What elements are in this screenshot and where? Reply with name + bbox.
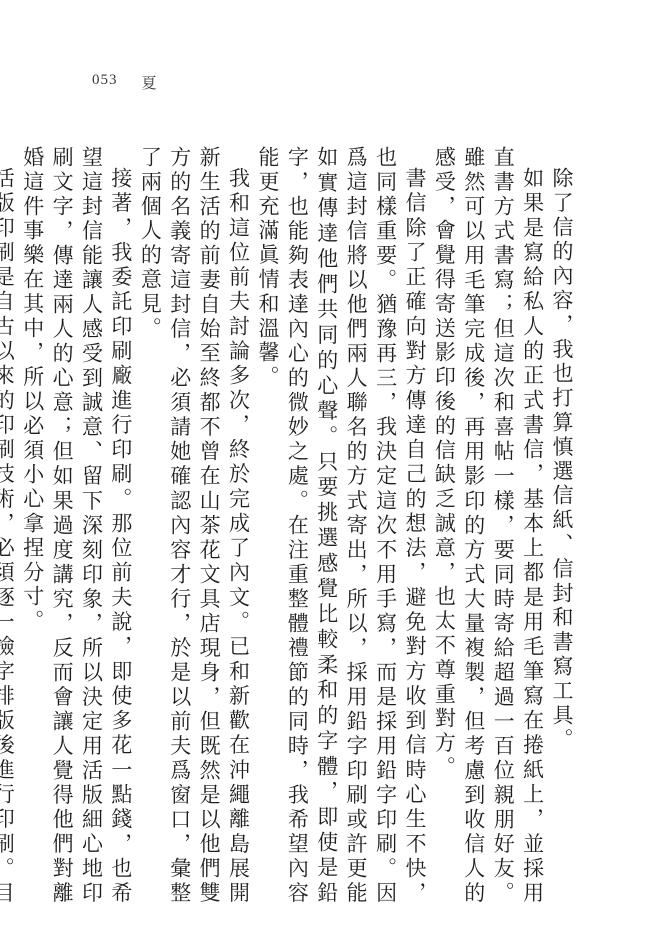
running-header: 053 夏 bbox=[92, 72, 158, 93]
paragraph-6-continued: 活版印刷是自古以來的印刷技術，必須逐一撿字排版後進行印刷。目前以平版印刷 bbox=[0, 146, 17, 906]
vertical-body-text: 除了信的內容，我也打算慎選信紙、信封和書寫工具。 如果是寫給私人的正式書信，基本… bbox=[76, 146, 576, 906]
page-number: 053 bbox=[92, 72, 118, 93]
chapter-title: 夏 bbox=[142, 72, 158, 93]
paragraph-5: 接著，我委託印刷廠進行印刷。那位前夫說，即使多花一點錢，也希望這封信能讓人感受到… bbox=[17, 146, 135, 906]
paragraph-2: 如果是寫給私人的正式書信，基本上都是用毛筆寫在捲紙上，並採用直書方式書寫；但這次… bbox=[429, 146, 547, 906]
paragraph-4: 我和這位前夫討論多次，終於完成了內文。已和新歡在沖繩離島展開新生活的前妻自始至終… bbox=[135, 146, 253, 906]
paragraph-3: 書信除了正確向對方傳達自己的想法，避免對方收到信時心生不快，也同樣重要。猶豫再三… bbox=[253, 146, 429, 906]
paragraph-1: 除了信的內容，我也打算慎選信紙、信封和書寫工具。 bbox=[547, 146, 576, 906]
